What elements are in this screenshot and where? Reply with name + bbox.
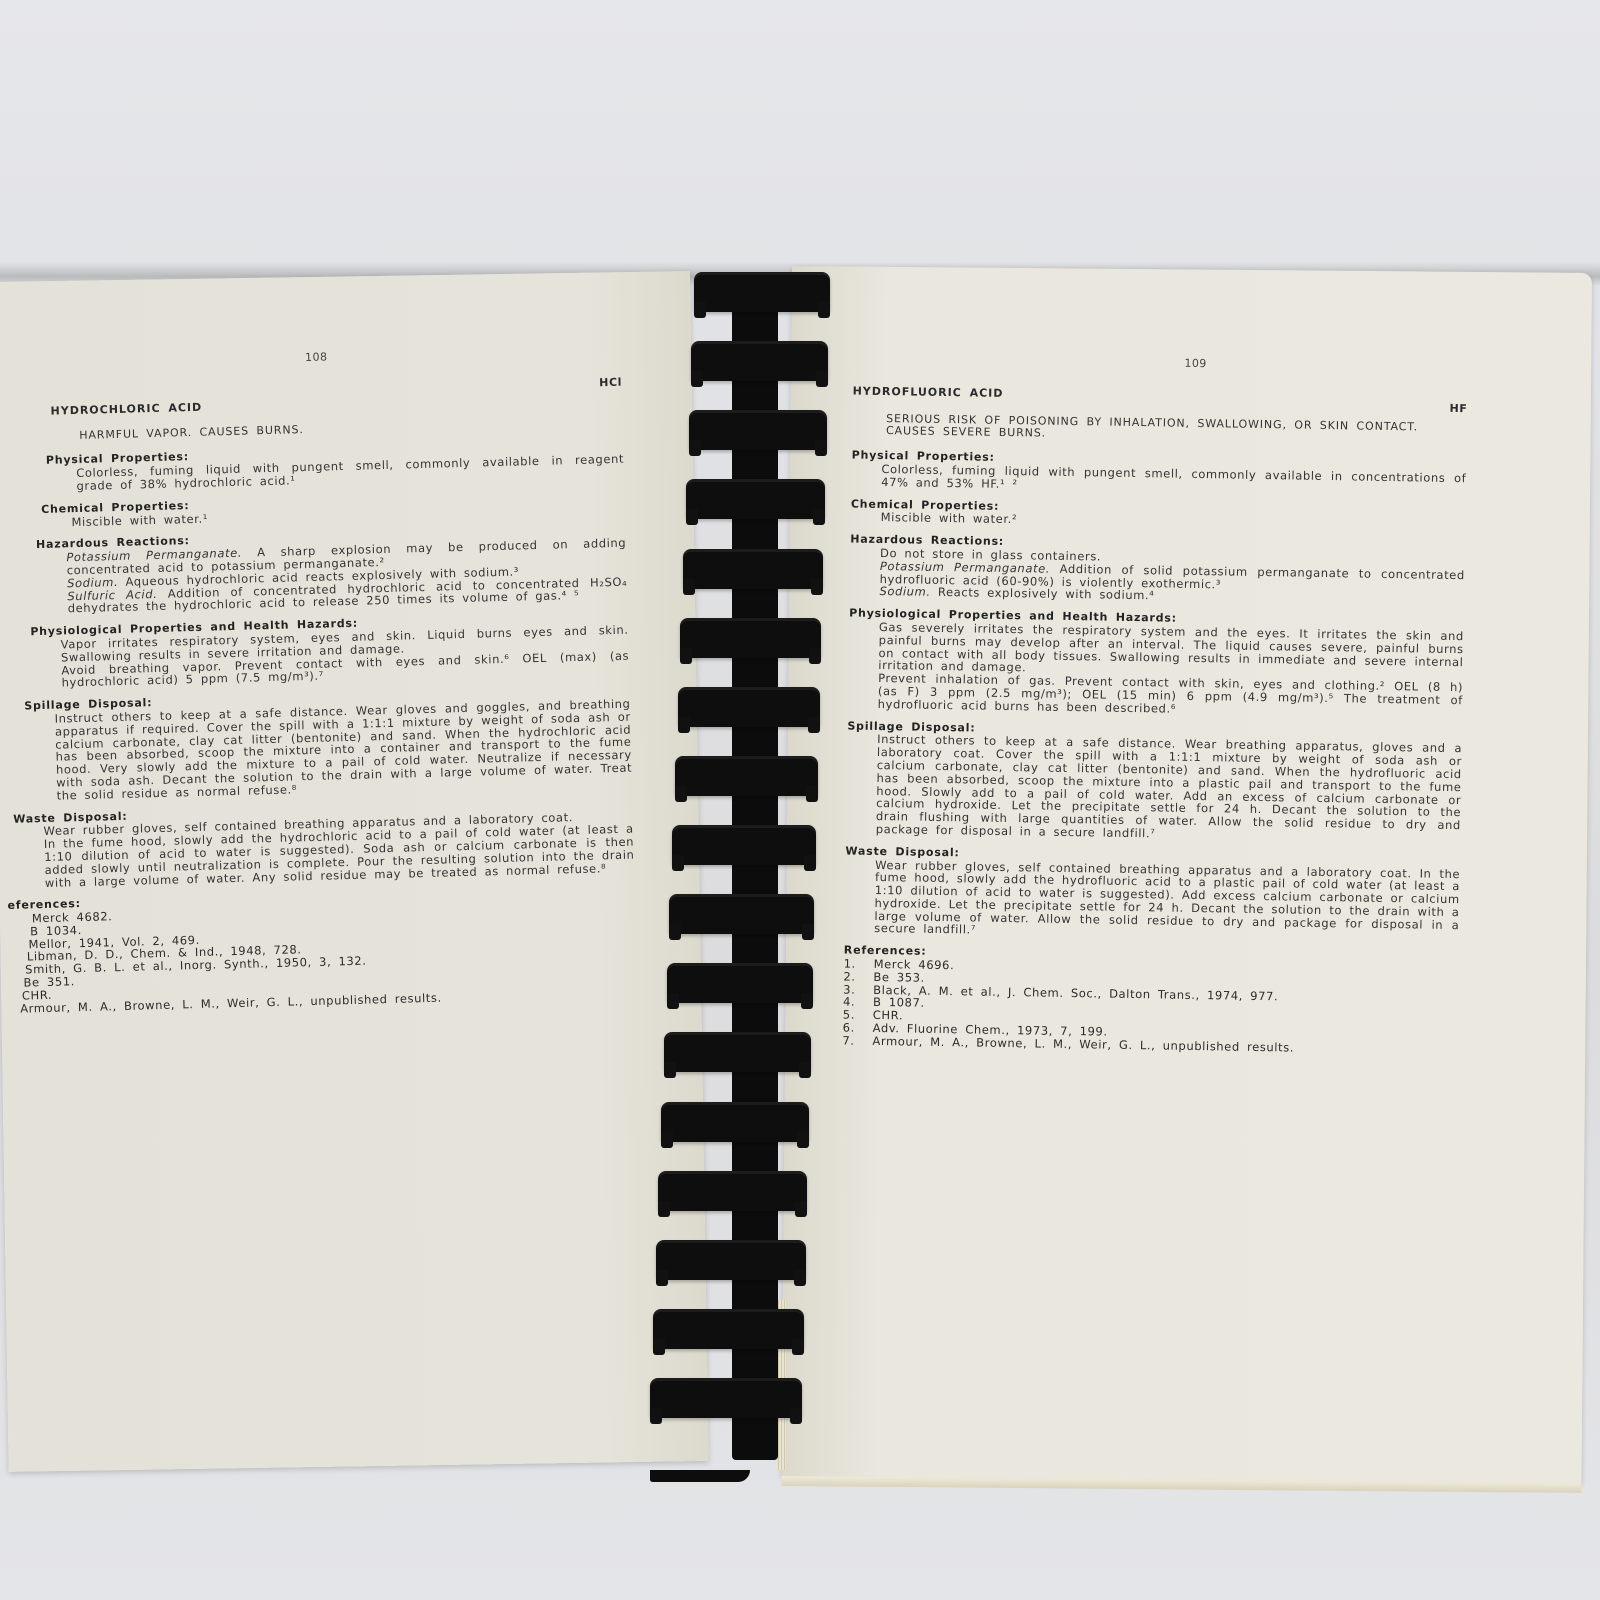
reference-list: 1.Merck 4696. 2.Be 353. 3.Black, A. M. e… <box>842 958 1458 1057</box>
binding-ring <box>689 410 827 450</box>
binding-ring <box>686 479 825 519</box>
binding-ring <box>678 687 820 727</box>
section-physical-properties: Physical Properties: Colorless, fuming l… <box>851 450 1467 498</box>
hazard-warning: HARMFUL VAPOR. CAUSES BURNS. <box>79 415 623 442</box>
section-references: eferences: Merck 4682. B 1034. Mellor, 1… <box>7 884 638 1016</box>
hazard-warning: SERIOUS RISK OF POISONING BY INHALATION,… <box>886 413 1467 448</box>
section-hazardous-reactions: Hazardous Reactions: Do not store in gla… <box>849 534 1465 608</box>
section-physical-properties: Physical Properties: Colorless, fuming l… <box>46 440 625 494</box>
reference-list: Merck 4682. B 1034. Mellor, 1941, Vol. 2… <box>8 897 638 1016</box>
section-hazardous-reactions: Hazardous Reactions: Potassium Permangan… <box>36 524 628 616</box>
section-text: Instruct others to keep at a safe distan… <box>876 733 1463 845</box>
reagent-name: Sodium. <box>879 584 930 599</box>
left-page-content: 108 HYDROCHLORIC ACID HCl HARMFUL VAPOR.… <box>11 344 638 1025</box>
section-text: Wear rubber gloves, self contained breat… <box>874 858 1460 944</box>
right-page-content: 109 HYDROFLUORIC ACID HF SERIOUS RISK OF… <box>842 353 1468 1067</box>
section-chemical-properties: Chemical Properties: Miscible with water… <box>851 498 1466 533</box>
page-edge <box>781 1476 1581 1493</box>
section-spillage-disposal: Spillage Disposal: Instruct others to ke… <box>24 685 632 803</box>
binding-ring <box>669 894 814 934</box>
section-spillage-disposal: Spillage Disposal: Instruct others to ke… <box>846 720 1463 845</box>
section-waste-disposal: Waste Disposal: Wear rubber gloves, self… <box>844 845 1460 944</box>
section-text: Do not store in glass containers. Potass… <box>879 547 1465 607</box>
section-physiological: Physiological Properties and Health Haza… <box>848 608 1465 720</box>
chemical-formula: HF <box>1449 403 1467 416</box>
binding-ring <box>694 272 830 312</box>
section-text: Gas severely irritates the respiratory s… <box>878 621 1464 720</box>
chemical-name: HYDROCHLORIC ACID <box>50 401 202 418</box>
reference-number: 7. <box>842 1034 872 1047</box>
binding-ring <box>656 1240 806 1280</box>
right-page: 109 HYDROFLUORIC ACID HF SERIOUS RISK OF… <box>781 266 1592 1483</box>
binding-ring <box>653 1309 804 1349</box>
binding-ring <box>664 1032 811 1072</box>
entry-title-row: HYDROCHLORIC ACID HCl <box>12 376 622 419</box>
page-number: 109 <box>853 353 1468 375</box>
binding-ring <box>683 549 823 589</box>
binding-ring <box>661 1102 809 1142</box>
section-text: Instruct others to keep at a safe distan… <box>54 698 632 803</box>
exposure-limit-text: Prevent inhalation of gas. Prevent conta… <box>878 672 1464 720</box>
section-chemical-properties: Chemical Properties: Miscible with water… <box>41 488 625 529</box>
comb-binding-foot <box>650 1470 750 1482</box>
chemical-formula: HCl <box>599 376 622 389</box>
entry-title-row: HYDROFLUORIC ACID HF <box>852 385 1467 415</box>
binding-ring <box>650 1378 802 1418</box>
binding-ring <box>691 341 828 381</box>
section-text: Potassium Permanganate. A sharp explosio… <box>66 537 627 616</box>
section-waste-disposal: Waste Disposal: Wear rubber gloves, self… <box>13 797 635 890</box>
section-physiological: Physiological Properties and Health Haza… <box>30 611 629 691</box>
page-number: 108 <box>11 344 621 373</box>
binding-ring <box>680 618 821 658</box>
binding-ring <box>675 756 818 796</box>
binding-ring <box>658 1171 807 1211</box>
reaction-text: Reacts explosively with sodium.⁴ <box>931 585 1155 603</box>
left-page: 108 HYDROCHLORIC ACID HCl HARMFUL VAPOR.… <box>0 271 709 1472</box>
section-text: Wear rubber gloves, self contained breat… <box>43 810 634 889</box>
binding-ring <box>672 825 816 865</box>
chemical-name: HYDROFLUORIC ACID <box>853 385 1004 400</box>
section-references: References: 1.Merck 4696. 2.Be 353. 3.Bl… <box>842 945 1459 1057</box>
comb-binding-spine <box>732 300 778 1460</box>
binding-ring <box>667 963 813 1003</box>
